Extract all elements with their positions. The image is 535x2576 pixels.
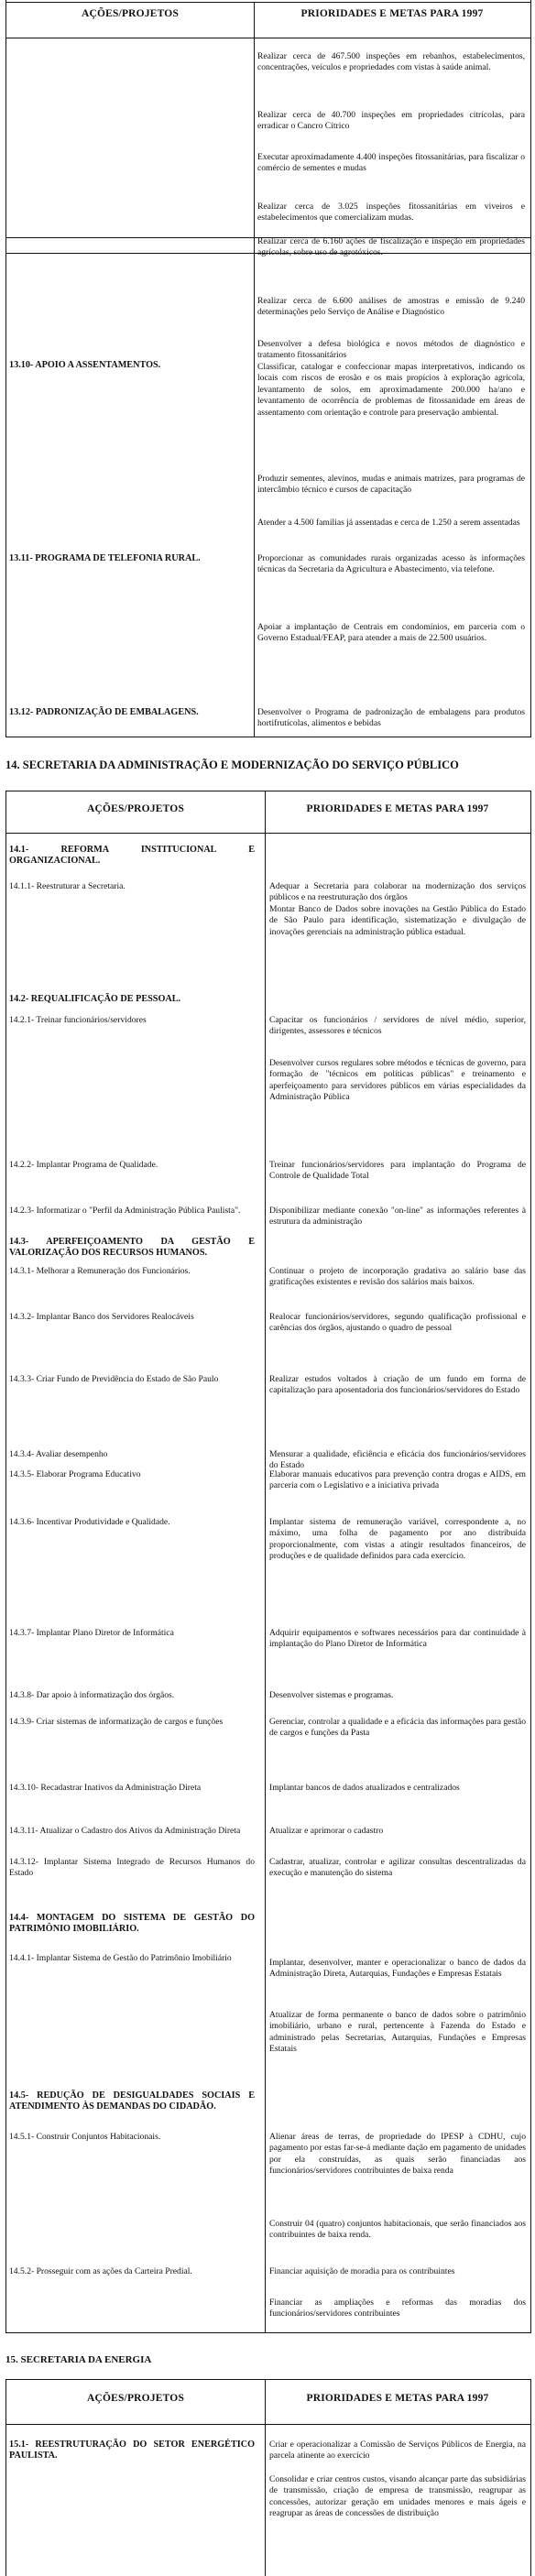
goal: Realizar cerca de 467.500 inspeções em r… [257,51,525,74]
action-14-5-2: 14.5.2- Prosseguir com as ações da Carte… [9,2266,255,2277]
goal: Desenvolver o Programa de padronização d… [257,707,525,730]
goal: Desenvolver a defesa biológica e novos m… [257,339,525,362]
column-divider [254,3,255,253]
action-14-3-7: 14.3.7- Implantar Plano Diretor de Infor… [9,1628,255,1639]
goal: Implantar sistema de remuneração variáve… [269,1517,526,1563]
action-14-3-4: 14.3.4- Avaliar desempenho [9,1449,255,1460]
goal: Treinar funcionários/servidores para imp… [269,1160,526,1183]
header-actions: AÇÕES/PROJETOS [6,3,254,38]
action-14-2: 14.2- REQUALIFICAÇÃO DE PESSOAL. [9,994,255,1005]
goal: Realocar funcionários/servidores, segund… [269,1312,526,1335]
goal: Disponibilizar mediante conexão "on-line… [269,1206,526,1228]
action-14-2-3: 14.2.3- Informatizar o "Perfil da Admini… [9,1206,255,1217]
header-priorities: PRIORIDADES E METAS PARA 1997 [265,791,530,833]
action-14-3: 14.3- APERFEIÇOAMENTO DA GESTÃO E VALORI… [9,1237,255,1260]
action-14-3-9: 14.3.9- Criar sistemas de informatização… [9,1717,255,1728]
action-14-3-12: 14.3.12- Implantar Sistema Integrado de … [9,1857,255,1880]
header-actions: AÇÕES/PROJETOS [6,2380,265,2424]
action-14-2-2: 14.2.2- Implantar Programa de Qualidade. [9,1160,255,1171]
goal: Realizar cerca de 6.160 ações de fiscali… [257,236,525,259]
goal: Adquirir equipamentos e softwares necess… [269,1628,526,1651]
goal: Atualizar e aprimorar o cadastro [269,1826,526,1837]
goal: Realizar cerca de 3.025 inspeções fitoss… [257,202,525,224]
column-divider [265,2380,266,2576]
action-14-3-3: 14.3.3- Criar Fundo de Previdência do Es… [9,1374,255,1385]
goal: Apoiar a implantação de Centrais em cond… [257,622,525,645]
goal: Atualizar de forma permanente o banco de… [269,2010,526,2056]
action-14-5: 14.5- REDUÇÃO DE DESIGUALDADES SOCIAIS E… [9,2090,255,2113]
goal: Continuar o projeto de incorporação grad… [269,1266,526,1289]
goal: Implantar, desenvolver, manter e operaci… [269,1958,526,1981]
table-header: AÇÕES/PROJETOS PRIORIDADES E METAS PARA … [6,791,530,834]
goal: Alienar áreas de terras, de propriedade … [269,2132,526,2178]
goal: Montar Banco de Dados sobre inovações na… [269,904,526,938]
action-14-3-1: 14.3.1- Melhorar a Remuneração dos Funci… [9,1266,255,1277]
goal: Realizar estudos voltados à criação de u… [269,1374,526,1397]
goal: Gerenciar, controlar a qualidade e a efi… [269,1717,526,1740]
action-14-2-1: 14.2.1- Treinar funcionários/servidores [9,1015,255,1026]
action-13-10: 13.10- APOIO A ASSENTAMENTOS. [9,360,243,371]
header-priorities: PRIORIDADES E METAS PARA 1997 [254,3,530,38]
action-14-4-1: 14.4.1- Implantar Sistema de Gestão do P… [9,1953,255,1964]
action-14-3-2: 14.3.2- Implantar Banco dos Servidores R… [9,1312,255,1323]
goal: Financiar as ampliações e reformas das m… [269,2298,526,2320]
goal: Cadastrar, atualizar, controlar e agiliz… [269,1857,526,1880]
goal: Elaborar manuais educativos para prevenç… [269,1469,526,1492]
goal: Desenvolver cursos regulares sobre métod… [269,1058,526,1104]
action-13-12: 13.12- PADRONIZAÇÃO DE EMBALAGENS. [9,707,243,718]
action-14-4: 14.4- MONTAGEM DO SISTEMA DE GESTÃO DO P… [9,1913,255,1936]
section-14-title: 14. SECRETARIA DA ADMINISTRAÇÃO E MODERN… [5,759,459,772]
goal: Proporcionar as comunidades rurais organ… [257,553,525,576]
action-13-11: 13.11- PROGRAMA DE TELEFONIA RURAL. [9,553,243,564]
header-priorities: PRIORIDADES E METAS PARA 1997 [265,2380,530,2424]
table-header: AÇÕES/PROJETOS PRIORIDADES E METAS PARA … [6,3,530,38]
goal: Desenvolver sistemas e programas. [269,1690,526,1701]
goal: Construir 04 (quatro) conjuntos habitaci… [269,2219,526,2242]
action-15-1: 15.1- REESTRUTURAÇÃO DO SETOR ENERGÉTICO… [9,2440,255,2462]
section-15-title: 15. SECRETARIA DA ENERGIA [5,2354,151,2365]
action-14-5-1: 14.5.1- Construir Conjuntos Habitacionai… [9,2132,255,2143]
column-divider [254,252,255,737]
header-actions: AÇÕES/PROJETOS [6,791,265,833]
table-header: AÇÕES/PROJETOS PRIORIDADES E METAS PARA … [6,2380,530,2425]
action-14-3-5: 14.3.5- Elaborar Programa Educativo [9,1469,255,1480]
action-14-3-10: 14.3.10- Recadastrar Inativos da Adminis… [9,1783,255,1794]
goal: Criar e operacionalizar a Comissão de Se… [269,2440,526,2462]
goal: Realizar cerca de 6.600 análises de amos… [257,296,525,319]
action-14-3-6: 14.3.6- Incentivar Produtividade e Quali… [9,1517,255,1528]
action-14-1-1: 14.1.1- Reestruturar a Secretaria. [9,881,255,892]
goal: Executar aproximadamente 4.400 inspeções… [257,152,525,175]
goal: Atender a 4.500 famílias já assentadas e… [257,518,525,529]
goal: Produzir sementes, alevinos, mudas e ani… [257,474,525,497]
goal: Adequar a Secretaria para colaborar na m… [269,881,526,904]
action-14-3-8: 14.3.8- Dar apoio à informatização dos ó… [9,1690,255,1701]
goal: Financiar aquisição de moradia para os c… [269,2266,526,2277]
action-14-3-11: 14.3.11- Atualizar o Cadastro dos Ativos… [9,1826,255,1837]
action-14-1: 14.1- REFORMA INSTITUCIONAL E ORGANIZACI… [9,845,255,868]
goal: Implantar bancos de dados atualizados e … [269,1783,526,1794]
goal: Consolidar e criar centros custos, visan… [269,2474,526,2520]
goal: Realizar cerca de 40.700 inspeções em pr… [257,110,525,133]
goal: Classificar, catalogar e confeccionar ma… [257,362,525,419]
goal: Capacitar os funcionários / servidores d… [269,1015,526,1038]
column-divider [265,791,266,2332]
